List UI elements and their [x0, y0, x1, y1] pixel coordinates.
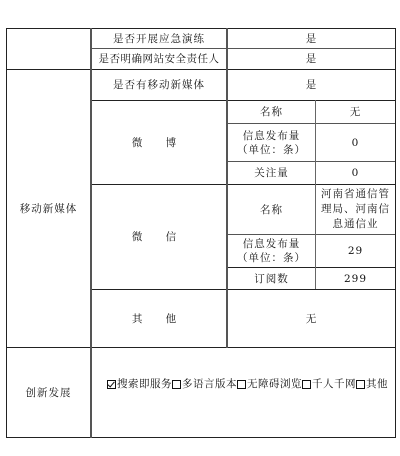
value-security-owner: 是: [228, 49, 395, 69]
label-has-mobile-media: 是否有移动新媒体: [92, 70, 226, 100]
wechat-name-label: 名称: [228, 185, 315, 234]
option-label: 千人千网: [312, 377, 356, 391]
weibo-name-label: 名称: [228, 101, 315, 123]
value-emergency-drill: 是: [228, 29, 395, 48]
table-border-right: [395, 28, 396, 438]
weibo-followers-label: 关注量: [228, 162, 315, 184]
checkbox-unchecked-icon[interactable]: [237, 380, 246, 389]
innovation-options: 搜索即服务 多语言版本 无障碍浏览 千人千网 其他: [92, 348, 395, 420]
checkbox-checked-icon[interactable]: [107, 380, 116, 389]
checkbox-unchecked-icon[interactable]: [356, 380, 365, 389]
label-emergency-drill: 是否开展应急演练: [92, 29, 226, 48]
label-innovation: 创新发展: [7, 348, 90, 437]
wechat-subscribers-label: 订阅数: [228, 268, 315, 289]
label-security-owner: 是否明确网站安全责任人: [92, 49, 226, 69]
checkbox-unchecked-icon[interactable]: [172, 380, 181, 389]
option-label: 多语言版本: [182, 377, 237, 391]
weibo-posts-label: 信息发布量 （单位：条）: [228, 124, 315, 161]
table-border-bottom: [6, 437, 396, 438]
option-label: 无障碍浏览: [247, 377, 302, 391]
value-other-media: 无: [228, 290, 395, 347]
weibo-posts-value: 0: [316, 124, 395, 161]
checkbox-unchecked-icon[interactable]: [302, 380, 311, 389]
option-multilingual[interactable]: 多语言版本: [172, 377, 237, 391]
label-weibo: 微 博: [92, 101, 226, 184]
wechat-posts-label: 信息发布量 （单位：条）: [228, 235, 315, 267]
wechat-subscribers-value: 299: [316, 268, 395, 289]
wechat-posts-label-line1: 信息发布量: [243, 237, 301, 251]
weibo-posts-label-line2: （单位：条）: [237, 143, 306, 157]
value-has-mobile-media: 是: [228, 70, 395, 100]
option-accessibility[interactable]: 无障碍浏览: [237, 377, 302, 391]
wechat-posts-value: 29: [316, 235, 395, 267]
weibo-followers-value: 0: [316, 162, 395, 184]
wechat-name-value-line2: 理局、河南信: [321, 202, 390, 217]
weibo-name-value: 无: [316, 101, 395, 123]
wechat-name-value: 河南省通信管 理局、河南信 息通信业: [316, 185, 395, 234]
option-other[interactable]: 其他: [356, 377, 388, 391]
section-label-mobile-media: 移动新媒体: [7, 70, 90, 347]
option-search-as-service[interactable]: 搜索即服务: [107, 377, 172, 391]
option-label: 其他: [366, 377, 388, 391]
wechat-name-value-line1: 河南省通信管: [321, 187, 390, 202]
weibo-posts-label-line1: 信息发布量: [243, 129, 301, 143]
label-other-media: 其 他: [92, 290, 226, 347]
wechat-name-value-line3: 息通信业: [333, 217, 379, 232]
label-wechat: 微 信: [92, 185, 226, 289]
wechat-posts-label-line2: （单位：条）: [237, 251, 306, 265]
option-personalized[interactable]: 千人千网: [302, 377, 356, 391]
option-label: 搜索即服务: [117, 377, 172, 391]
